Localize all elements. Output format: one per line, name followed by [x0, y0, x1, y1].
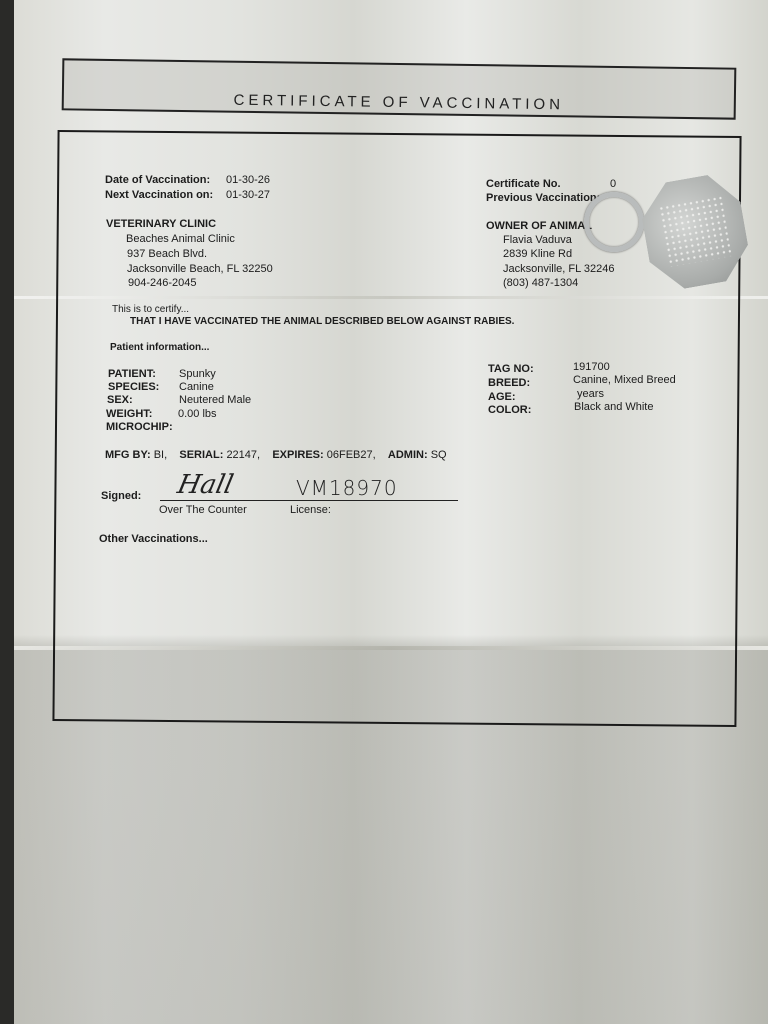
mfg-value: BI,: [154, 449, 167, 461]
next-vaccination-label: Next Vaccination on:: [105, 189, 213, 201]
admin-label: ADMIN:: [388, 449, 428, 461]
sex-label: SEX:: [107, 394, 133, 406]
owner-street: 2839 Kline Rd: [503, 248, 572, 260]
tag-no-value: 191700: [573, 361, 610, 373]
key-ring: [584, 192, 644, 252]
clinic-name: Beaches Animal Clinic: [126, 233, 235, 245]
age-value: years: [574, 388, 604, 400]
clinic-street: 937 Beach Blvd.: [127, 248, 207, 260]
signed-label: Signed:: [101, 490, 141, 502]
weight-value: 0.00 lbs: [178, 408, 217, 420]
vaccine-details-line: MFG BY: BI, SERIAL: 22147, EXPIRES: 06FE…: [105, 449, 447, 461]
microchip-label: MICROCHIP:: [106, 421, 173, 433]
expires-label: EXPIRES:: [272, 449, 323, 461]
date-of-vaccination-label: Date of Vaccination:: [105, 174, 210, 186]
over-the-counter-label: Over The Counter: [159, 504, 247, 516]
mfg-label: MFG BY:: [105, 449, 151, 461]
certify-statement: THAT I HAVE VACCINATED THE ANIMAL DESCRI…: [130, 316, 514, 327]
age-label: AGE:: [488, 391, 516, 403]
certificate-number-value: 0: [610, 178, 616, 190]
clinic-phone: 904-246-2045: [128, 277, 197, 289]
patient-info-heading: Patient information...: [110, 342, 209, 353]
certify-intro: This is to certify...: [112, 304, 189, 315]
owner-phone: (803) 487-1304: [503, 277, 578, 289]
tag-no-label: TAG NO:: [488, 363, 534, 375]
certificate-number-label: Certificate No.: [486, 178, 561, 190]
color-value: Black and White: [574, 401, 653, 413]
owner-city: Jacksonville, FL 32246: [503, 263, 615, 275]
serial-value: 22147,: [226, 449, 260, 461]
date-of-vaccination-value: 01-30-26: [226, 174, 270, 186]
previous-vaccination-label: Previous Vaccination:: [486, 192, 600, 204]
title-banner: CERTIFICATE OF VACCINATION: [62, 58, 737, 119]
patient-label: PATIENT:: [108, 368, 156, 380]
serial-label: SERIAL:: [179, 449, 223, 461]
patient-value: Spunky: [179, 368, 216, 380]
signature-line: [160, 500, 458, 501]
owner-heading: OWNER OF ANIMAL: [486, 220, 592, 232]
breed-label: BREED:: [488, 377, 530, 389]
expires-value: 06FEB27,: [327, 449, 376, 461]
next-vaccination-value: 01-30-27: [226, 189, 270, 201]
handwritten-license: VM18970: [296, 476, 398, 500]
breed-value: Canine, Mixed Breed: [573, 374, 676, 386]
weight-label: WEIGHT:: [106, 408, 152, 420]
other-vaccinations-label: Other Vaccinations...: [99, 533, 208, 545]
admin-value: SQ: [431, 449, 447, 461]
clinic-heading: VETERINARY CLINIC: [106, 218, 216, 230]
species-value: Canine: [179, 381, 214, 393]
sex-value: Neutered Male: [179, 394, 251, 406]
license-label: License:: [290, 504, 331, 516]
handwritten-signature: Hall: [175, 470, 236, 500]
owner-name: Flavia Vaduva: [503, 234, 572, 246]
clinic-city: Jacksonville Beach, FL 32250: [127, 263, 273, 275]
species-label: SPECIES:: [108, 381, 159, 393]
tag-engraving: [658, 195, 732, 267]
certificate-title: CERTIFICATE OF VACCINATION: [64, 89, 734, 115]
color-label: COLOR:: [488, 404, 531, 416]
